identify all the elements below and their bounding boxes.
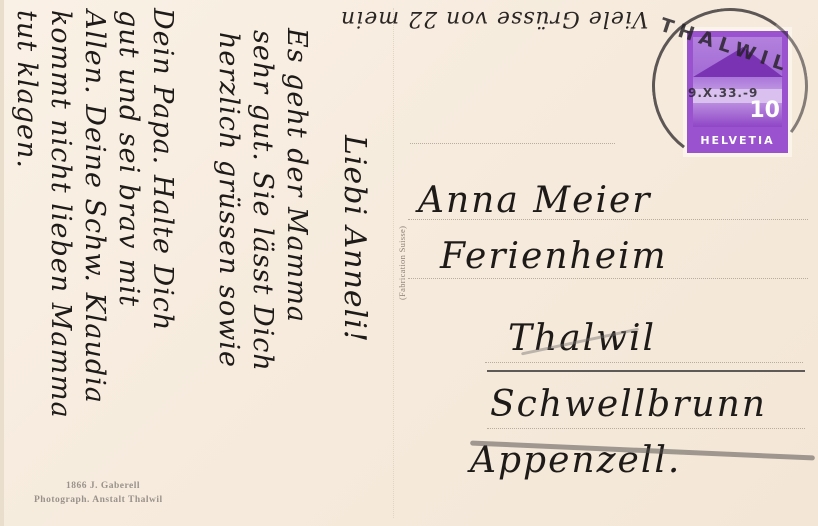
address-underline [487, 370, 805, 372]
publisher-line-1: 1866 J. Gaberell [34, 479, 163, 493]
center-divider [393, 8, 394, 518]
message-line-7: kommt nicht lieben Mamma [45, 10, 76, 419]
message-line-5: gut und sei brav mit [113, 10, 144, 307]
card-edge [0, 0, 4, 526]
address-rule-2 [408, 278, 808, 279]
address-rule-3 [485, 362, 803, 363]
address-rule-4 [487, 428, 805, 429]
message-line-2: sehr gut. Sie lässt Dich [247, 30, 278, 372]
address-line-4: Schwellbrunn [490, 384, 767, 425]
publisher-line-2: Photograph. Anstalt Thalwil [34, 493, 163, 507]
message-line-3: herzlich grüssen sowie [213, 32, 244, 368]
message-line-8: tut klagen. [11, 10, 42, 169]
message-line-1: Es geht der Mamma [281, 28, 312, 323]
postcard-back: (Fabrication Suisse) Es geht der Mamma s… [0, 0, 818, 526]
fabrication-imprint: (Fabrication Suisse) [397, 226, 407, 300]
address-line-2: Ferienheim [440, 236, 668, 277]
top-note: Viele Grüsse von 22 mein [340, 6, 648, 31]
address-name: Anna Meier [418, 180, 651, 221]
publisher-credits: 1866 J. Gaberell Photograph. Anstalt Tha… [34, 479, 163, 507]
greeting: Liebi Anneli! [337, 135, 372, 343]
message-line-6: Allen. Deine Schw. Klaudia [79, 10, 110, 404]
postmark-date: 9.X.33.-9 [688, 86, 758, 100]
address-rule-0 [410, 143, 615, 144]
message-line-4: Dein Papa. Halte Dich [147, 8, 178, 331]
